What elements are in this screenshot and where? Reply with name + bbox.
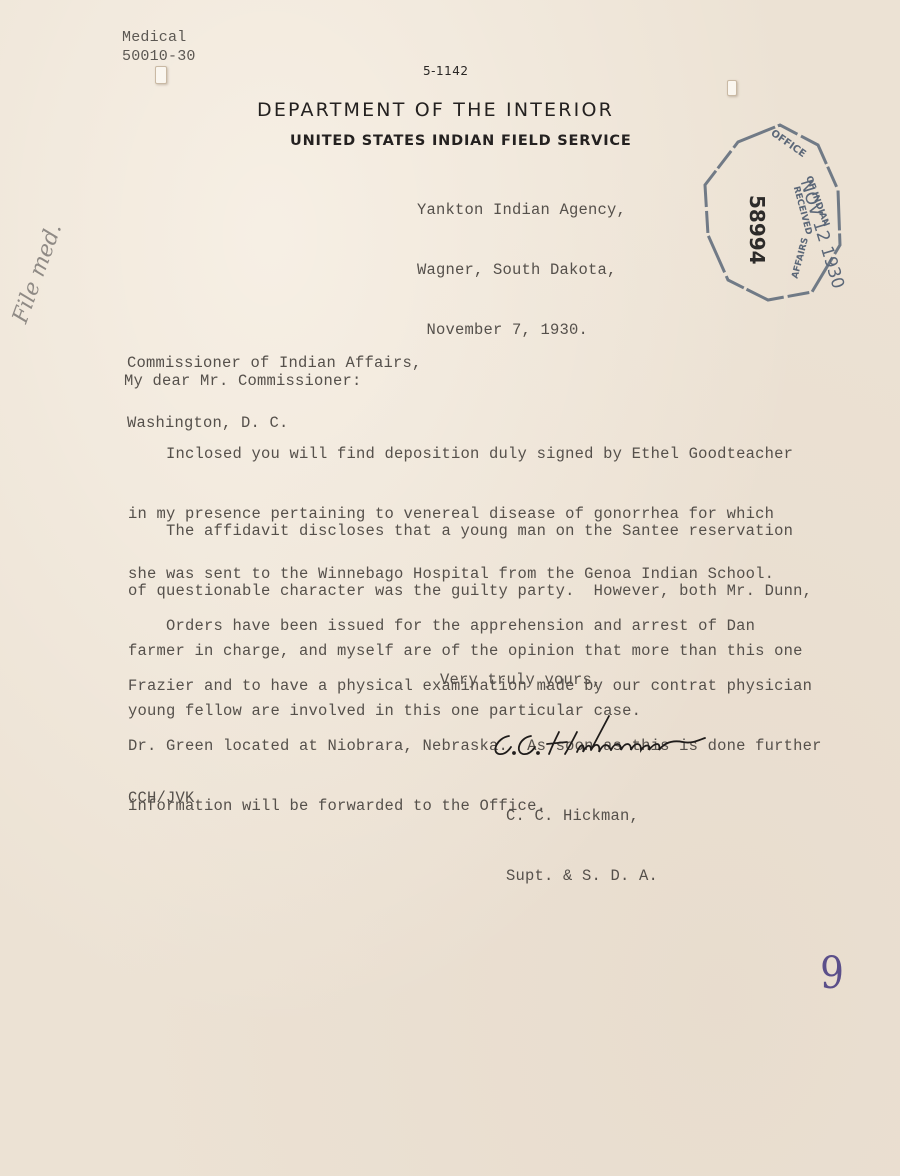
punch-hole-left [155, 66, 167, 84]
handwritten-signature [487, 714, 717, 764]
stamp-number: 58994 [745, 195, 769, 265]
closing: Very truly yours, [440, 671, 602, 689]
file-category: Medical [122, 28, 196, 47]
file-reference: Medical50010-30 [122, 28, 196, 66]
letterhead-department: DEPARTMENT OF THE INTERIOR [257, 99, 614, 121]
typist-initials: CCH/JVK [128, 789, 195, 807]
letterhead-service: UNITED STATES INDIAN FIELD SERVICE [290, 133, 632, 149]
stamp-affairs: AFFAIRS [790, 237, 811, 280]
city-line: Wagner, South Dakota, [417, 260, 626, 280]
paragraph-line: information will be forwarded to the Off… [128, 796, 822, 816]
file-number: 50010-30 [122, 47, 196, 66]
body-paragraph-3: Orders have been issued for the apprehen… [128, 576, 822, 836]
paragraph-line: Orders have been issued for the apprehen… [128, 616, 822, 636]
stamp-office: OFFICE [769, 128, 808, 160]
paragraph-line: The affidavit discloses that a young man… [128, 521, 812, 541]
received-stamp: OFFICE OF INDIAN RECEIVED AFFAIRS NOV 12… [700, 120, 850, 305]
page-number-mark: 9 [820, 948, 844, 999]
paragraph-line: Inclosed you will find deposition duly s… [128, 444, 793, 464]
paragraph-line: Dr. Green located at Niobrara, Nebraska.… [128, 736, 822, 756]
salutation: My dear Mr. Commissioner: [124, 372, 362, 390]
punch-hole-right [727, 80, 737, 96]
signer-block: C. C. Hickman, Supt. & S. D. A. [506, 766, 658, 906]
agency-line: Yankton Indian Agency, [417, 200, 626, 220]
date-line: November 7, 1930. [417, 320, 626, 340]
signer-name: C. C. Hickman, [506, 806, 658, 826]
recipient-line: Commissioner of Indian Affairs, [127, 353, 422, 373]
form-number: 5-1142 [423, 64, 469, 78]
signer-title: Supt. & S. D. A. [506, 866, 658, 886]
sender-location: Yankton Indian Agency, Wagner, South Dak… [417, 160, 626, 360]
